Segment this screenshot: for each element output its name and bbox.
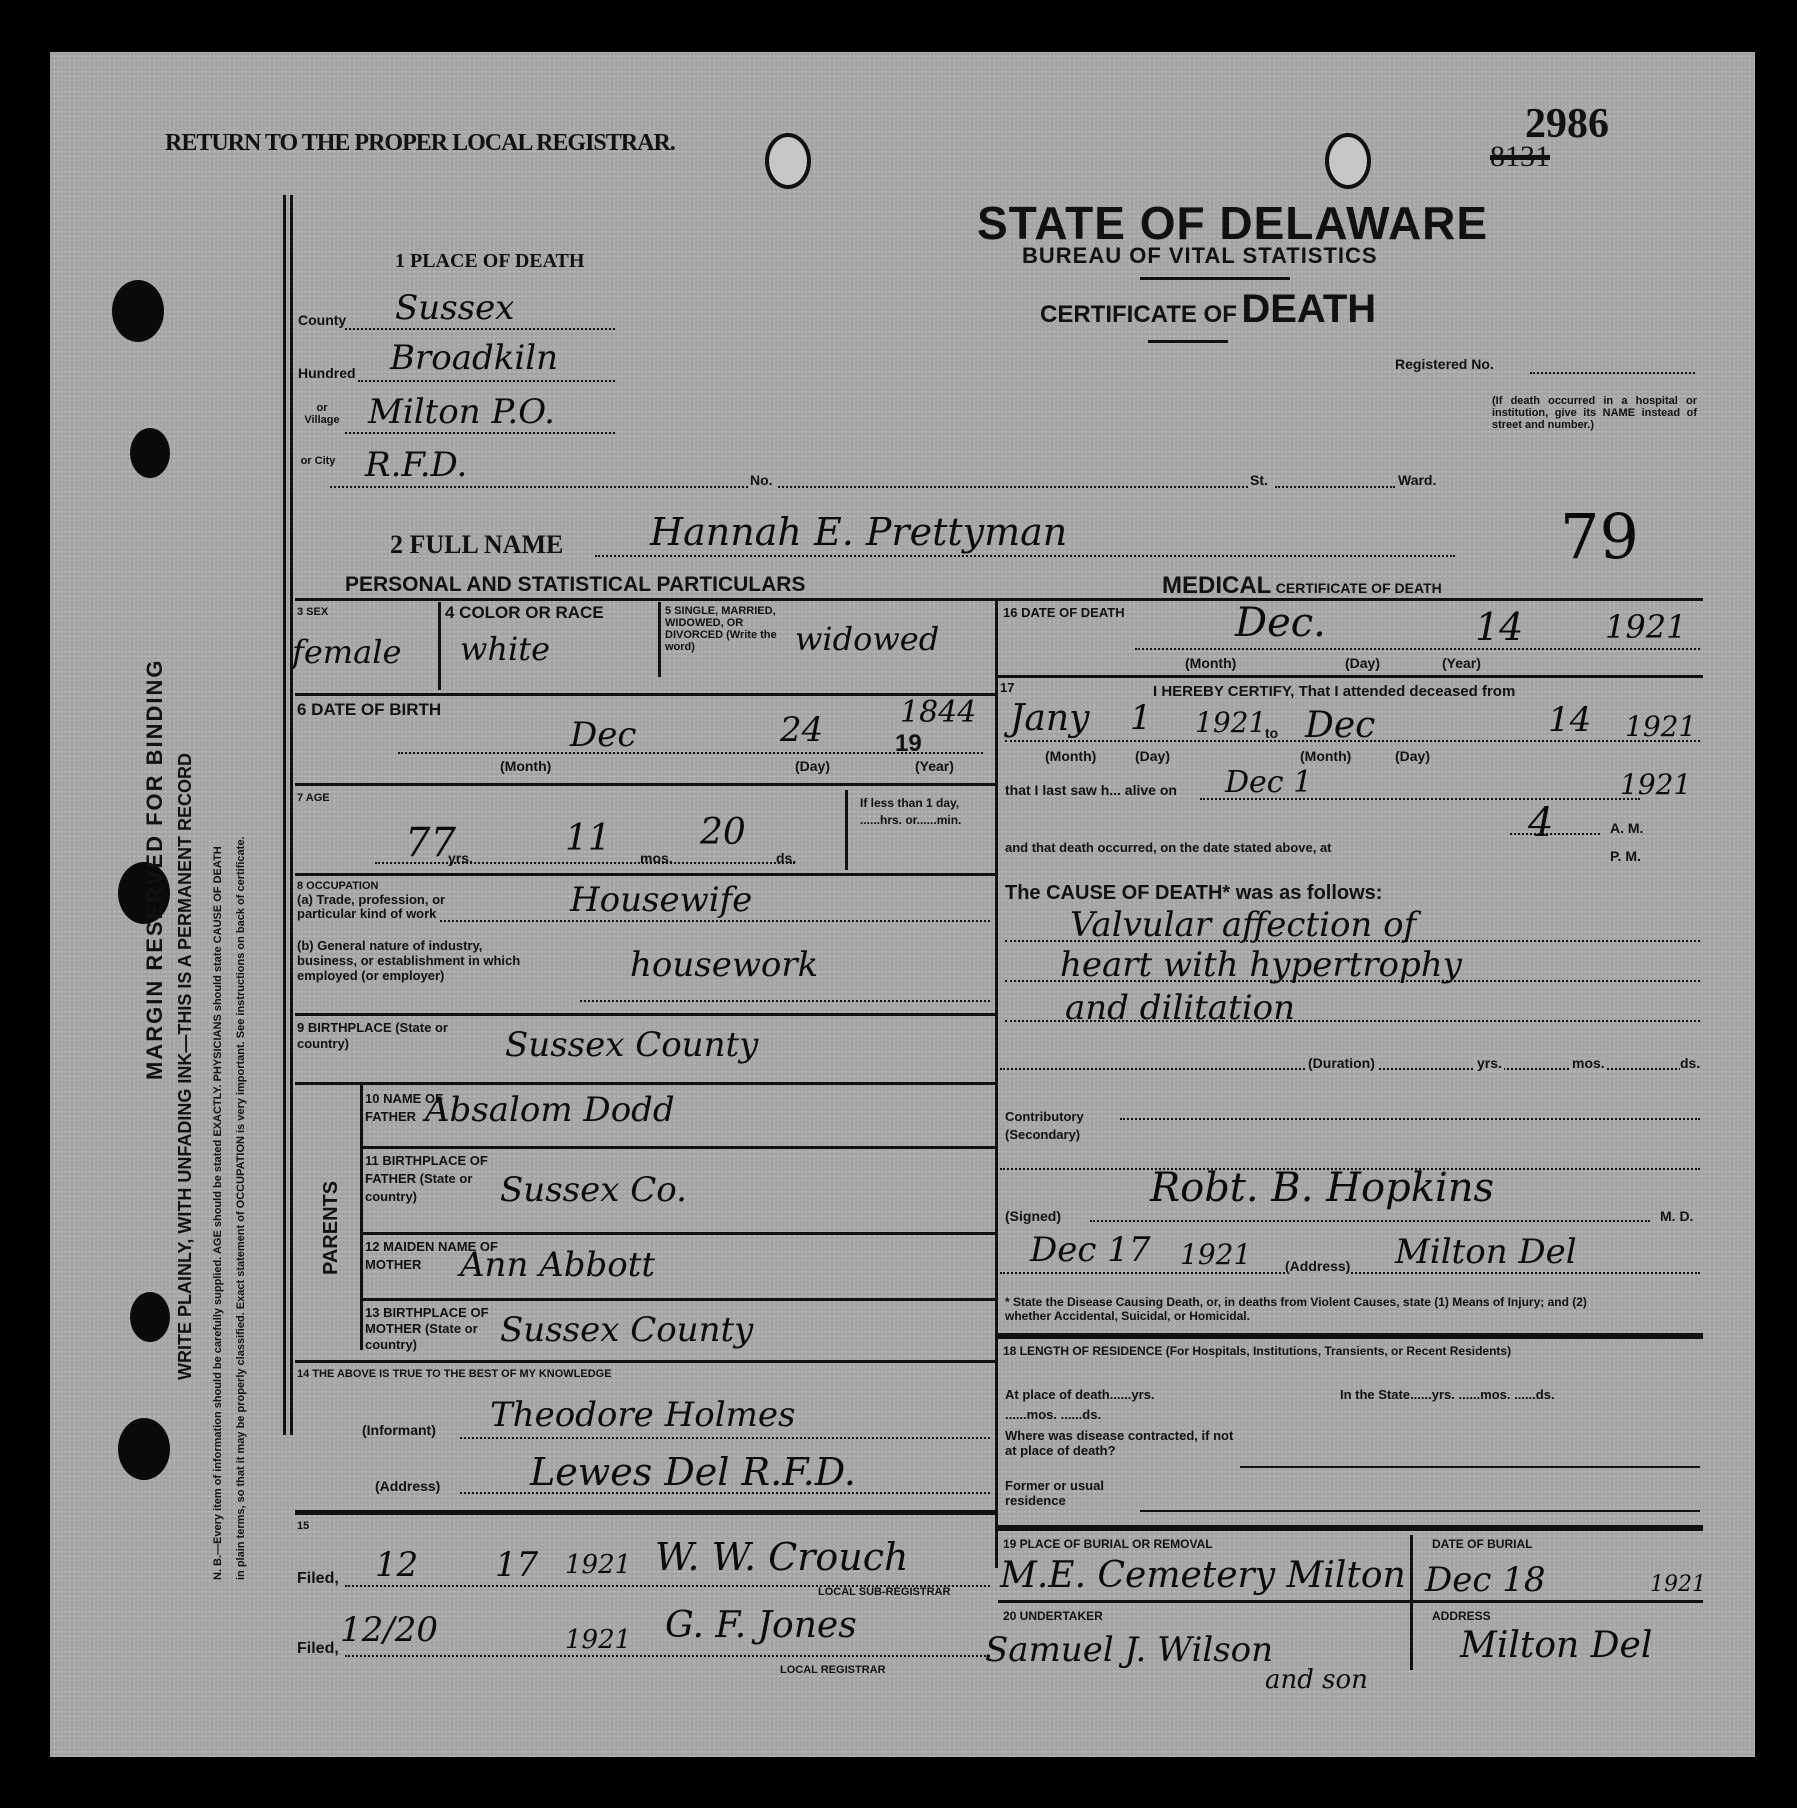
registered-no-field[interactable] [1530, 372, 1695, 374]
signed-year: 1921 [1180, 1238, 1251, 1271]
city-field[interactable] [330, 486, 748, 488]
instructions-line-2: in plain terms, so that it may be proper… [235, 836, 247, 1580]
less-than-day-label: If less than 1 day, ......hrs. or......m… [860, 795, 990, 829]
occupation-a-field[interactable] [440, 920, 990, 922]
divider [295, 783, 995, 786]
to-day-caption: (Day) [1395, 748, 1430, 764]
marital-value: widowed [795, 620, 939, 658]
village-value: Milton P.O. [368, 392, 555, 432]
former-residence-field[interactable] [1140, 1510, 1700, 1512]
mos-caption: mos. [640, 850, 673, 866]
street-label: St. [1250, 472, 1268, 488]
hundred-label: Hundred [298, 365, 356, 381]
marital-label: 5 SINGLE, MARRIED, WIDOWED, OR DIVORCED … [665, 605, 780, 653]
filed-label-2: Filed, [297, 1640, 339, 1658]
city-value: R.F.D. [365, 445, 467, 485]
day-caption: (Day) [795, 758, 830, 774]
informant-address-value: Lewes Del R.F.D. [530, 1450, 856, 1494]
column-divider [360, 1085, 363, 1350]
informant-label: (Informant) [362, 1422, 436, 1438]
bureau-name: BUREAU OF VITAL STATISTICS [1022, 243, 1378, 269]
age-days: 20 [700, 812, 746, 853]
from-year: 1921 [1195, 706, 1266, 739]
year-caption: (Year) [915, 758, 954, 774]
race-label: 4 COLOR OR RACE [445, 603, 604, 623]
return-notice: RETURN TO THE PROPER LOCAL REGISTRAR. [165, 130, 675, 157]
registered-no-label: Registered No. [1395, 356, 1494, 372]
divider [295, 1082, 995, 1085]
death-time-label: and that death occurred, on the date sta… [1005, 840, 1332, 855]
full-name-label: 2 FULL NAME [390, 530, 563, 560]
divider [362, 1232, 995, 1235]
ward-label: Ward. [1398, 472, 1436, 488]
page-number: 79 [1560, 500, 1639, 573]
street-field[interactable] [1275, 486, 1395, 488]
to-day: 14 [1548, 700, 1591, 740]
personal-heading: PERSONAL AND STATISTICAL PARTICULARS [345, 573, 805, 597]
medical-heading: MEDICAL CERTIFICATE OF DEATH [1162, 572, 1442, 600]
binder-hole [118, 1418, 170, 1480]
filed-label-1: Filed, [297, 1570, 339, 1588]
informant-address-label: (Address) [375, 1478, 440, 1494]
undertaker-suffix: and son [1265, 1665, 1368, 1695]
father-name-value: Absalom Dodd [425, 1090, 675, 1130]
divider [295, 1360, 995, 1363]
occupation-b-value: housework [630, 945, 818, 985]
village-label: or Village [298, 402, 346, 426]
ds-caption: ds. [776, 850, 796, 866]
sub-month: 12 [375, 1545, 418, 1585]
dob-year: 1844 [900, 695, 976, 730]
county-value: Sussex [395, 288, 514, 328]
burial-date-value: Dec 18 [1425, 1560, 1546, 1600]
instructions-line-1: N. B.—Every item of information should b… [212, 846, 224, 1580]
registrar-title: LOCAL REGISTRAR [780, 1664, 886, 1676]
contributory-label: Contributory (Secondary) [1005, 1108, 1115, 1144]
cause-line-2-value: heart with hypertrophy [1060, 945, 1462, 985]
binder-hole [130, 1292, 170, 1342]
last-saw-label: that I last saw h... alive on [1005, 782, 1177, 798]
to-year: 1921 [1625, 710, 1696, 743]
dod-day: 14 [1475, 605, 1523, 649]
burial-date-label: DATE OF BURIAL [1432, 1538, 1532, 1550]
dob-day: 24 [780, 710, 823, 750]
cause-of-death-label: The CAUSE OF DEATH* was as follows: [1005, 882, 1382, 905]
binding-margin-label: MARGIN RESERVED FOR BINDING [142, 658, 168, 1080]
hundred-value: Broadkiln [390, 338, 558, 378]
registrar-date: 12/20 [340, 1610, 438, 1650]
from-month-caption: (Month) [1045, 748, 1096, 764]
sex-value: female [292, 633, 401, 671]
from-month: Jany [1010, 698, 1089, 739]
from-day: 1 [1130, 698, 1152, 738]
residence-label: 18 LENGTH OF RESIDENCE (For Hospitals, I… [1003, 1345, 1511, 1357]
full-name-field[interactable] [595, 555, 1455, 557]
cert-number: 17 [1000, 682, 1014, 694]
dod-day-caption: (Day) [1345, 655, 1380, 671]
certificate-title: CERTIFICATE OF DEATH [1040, 287, 1376, 332]
occupation-label: 8 OCCUPATION [297, 880, 379, 892]
divider [998, 1525, 1703, 1531]
duration-ds: ds. [1680, 1055, 1700, 1071]
age-months: 11 [565, 818, 611, 859]
physician-signature-field[interactable] [1090, 1220, 1650, 1222]
hundred-field[interactable] [358, 380, 615, 382]
divider [1140, 277, 1290, 280]
sex-label: 3 SEX [297, 606, 328, 618]
residence-at-place: At place of death......yrs. ......mos. .… [1005, 1385, 1205, 1425]
where-contracted-field[interactable] [1240, 1466, 1700, 1468]
street-number-field[interactable] [778, 486, 1248, 488]
registrar-signature: G. F. Jones [665, 1605, 857, 1646]
cause-line-1-value: Valvular affection of [1070, 905, 1416, 945]
race-value: white [460, 630, 550, 668]
ink-notice: WRITE PLAINLY, WITH UNFADING INK—THIS IS… [175, 753, 196, 1380]
residence-in-state: In the State......yrs. ......mos. ......… [1340, 1385, 1690, 1405]
md-label: M. D. [1660, 1208, 1693, 1224]
divider [295, 693, 995, 696]
dod-field[interactable] [1135, 648, 1700, 650]
divider [362, 1298, 995, 1301]
form-border [290, 195, 293, 1435]
divider [295, 1510, 995, 1515]
street-number-label: No. [750, 472, 773, 488]
registrar-filed-field[interactable] [345, 1655, 990, 1657]
village-field[interactable] [345, 432, 615, 434]
divider [295, 873, 995, 876]
duration-yrs: yrs. [1475, 1055, 1504, 1071]
birthplace-value: Sussex County [505, 1025, 758, 1065]
burial-year: 1921 [1650, 1572, 1706, 1597]
occupation-b-label: (b) General nature of industry, business… [297, 938, 522, 983]
mother-birthplace-label: 13 BIRTHPLACE OF MOTHER (State or countr… [365, 1305, 505, 1353]
filing-number: 15 [297, 1520, 309, 1532]
dod-year-caption: (Year) [1442, 655, 1481, 671]
occupation-a-value: Housewife [570, 880, 752, 920]
divider [998, 598, 1703, 601]
informant-value: Theodore Holmes [490, 1395, 795, 1435]
cell-divider [438, 602, 441, 690]
dod-label: 16 DATE OF DEATH [1003, 607, 1125, 619]
parents-section-label: PARENTS [320, 1181, 343, 1275]
signed-label: (Signed) [1005, 1208, 1061, 1224]
undertaker-value: Samuel J. Wilson [985, 1630, 1273, 1670]
physician-signature: Robt. B. Hopkins [1150, 1165, 1494, 1211]
sub-registrar-signature: W. W. Crouch [655, 1535, 909, 1579]
mother-birthplace-value: Sussex County [500, 1310, 753, 1350]
sub-year: 1921 [565, 1550, 631, 1580]
to-month-caption: (Month) [1300, 748, 1351, 764]
divider [998, 1333, 1703, 1339]
full-name-value: Hannah E. Prettyman [650, 510, 1067, 554]
former-residence-label: Former or usual residence [1005, 1478, 1105, 1508]
contributory-field[interactable] [1120, 1118, 1700, 1120]
cert-statement: I HEREBY CERTIFY, That I attended deceas… [1153, 683, 1515, 700]
birthplace-label: 9 BIRTHPLACE (State or country) [297, 1020, 467, 1052]
divider [362, 1146, 995, 1149]
dob-year-prefix: 19 [895, 730, 922, 758]
dod-year: 1921 [1605, 608, 1686, 646]
binder-hole [130, 428, 170, 478]
sub-day: 17 [495, 1545, 538, 1585]
punch-hole [765, 133, 811, 189]
from-day-caption: (Day) [1135, 748, 1170, 764]
death-time-field[interactable] [1510, 833, 1600, 835]
divider [998, 675, 1703, 678]
binder-hole [112, 280, 164, 342]
cell-divider [1410, 1535, 1413, 1670]
informant-statement: 14 THE ABOVE IS TRUE TO THE BEST OF MY K… [297, 1368, 612, 1380]
hospital-note: (If death occurred in a hospital or inst… [1492, 395, 1697, 431]
father-birthplace-label: 11 BIRTHPLACE OF FATHER (State or countr… [365, 1152, 505, 1206]
to-month: Dec [1305, 705, 1375, 746]
occupation-a-label: (a) Trade, profession, or particular kin… [297, 893, 467, 921]
county-field[interactable] [345, 328, 615, 330]
cause-footnote: * State the Disease Causing Death, or, i… [1005, 1295, 1595, 1323]
where-contracted-label: Where was disease contracted, if not at … [1005, 1428, 1245, 1458]
form-border [283, 195, 286, 1435]
dob-month: Dec [570, 715, 636, 755]
cell-divider [845, 790, 848, 870]
divider [295, 598, 995, 601]
state-title: STATE OF DELAWARE [977, 196, 1488, 250]
signed-date: Dec 17 [1030, 1230, 1151, 1270]
undertaker-label: 20 UNDERTAKER [1003, 1610, 1103, 1622]
month-caption: (Month) [500, 758, 551, 774]
burial-place-label: 19 PLACE OF BURIAL OR REMOVAL [1003, 1538, 1213, 1550]
column-divider [995, 598, 998, 1568]
physician-address-label: (Address) [1285, 1258, 1350, 1274]
death-time-value: 4 [1528, 800, 1553, 846]
occupation-b-field[interactable] [580, 1000, 990, 1002]
age-label: 7 AGE [297, 792, 330, 804]
duration-label: (Duration) [1305, 1055, 1378, 1071]
punch-hole [1325, 133, 1371, 189]
city-label: or City [298, 455, 338, 467]
pm-label: P. M. [1610, 848, 1641, 864]
last-saw-year: 1921 [1620, 768, 1691, 801]
place-of-death-heading: 1 PLACE OF DEATH [395, 250, 584, 273]
to-label: to [1265, 725, 1278, 741]
dob-label: 6 DATE OF BIRTH [297, 700, 441, 720]
mother-maiden-value: Ann Abbott [460, 1245, 655, 1285]
father-birthplace-value: Sussex Co. [500, 1170, 687, 1210]
dod-month-caption: (Month) [1185, 655, 1236, 671]
cause-line-3-value: and dilitation [1065, 988, 1295, 1028]
last-saw-value: Dec 1 [1225, 765, 1312, 800]
cell-divider [658, 602, 661, 677]
physician-address: Milton Del [1395, 1232, 1577, 1272]
sub-registrar-title: LOCAL SUB-REGISTRAR [818, 1586, 950, 1598]
county-label: County [298, 312, 346, 328]
am-label: A. M. [1610, 820, 1643, 836]
duration-mos: mos. [1570, 1055, 1607, 1071]
divider [295, 1013, 995, 1016]
burial-place-field[interactable] [998, 1600, 1703, 1603]
undertaker-address-label: ADDRESS [1432, 1610, 1491, 1622]
old-number: 8131 [1490, 140, 1550, 174]
burial-place-value: M.E. Cemetery Milton [1000, 1555, 1406, 1596]
informant-field[interactable] [460, 1437, 990, 1439]
dod-month: Dec. [1235, 600, 1326, 646]
divider [1148, 340, 1228, 343]
registrar-year: 1921 [565, 1625, 631, 1655]
undertaker-address: Milton Del [1460, 1625, 1652, 1666]
yrs-caption: yrs. [448, 850, 473, 866]
